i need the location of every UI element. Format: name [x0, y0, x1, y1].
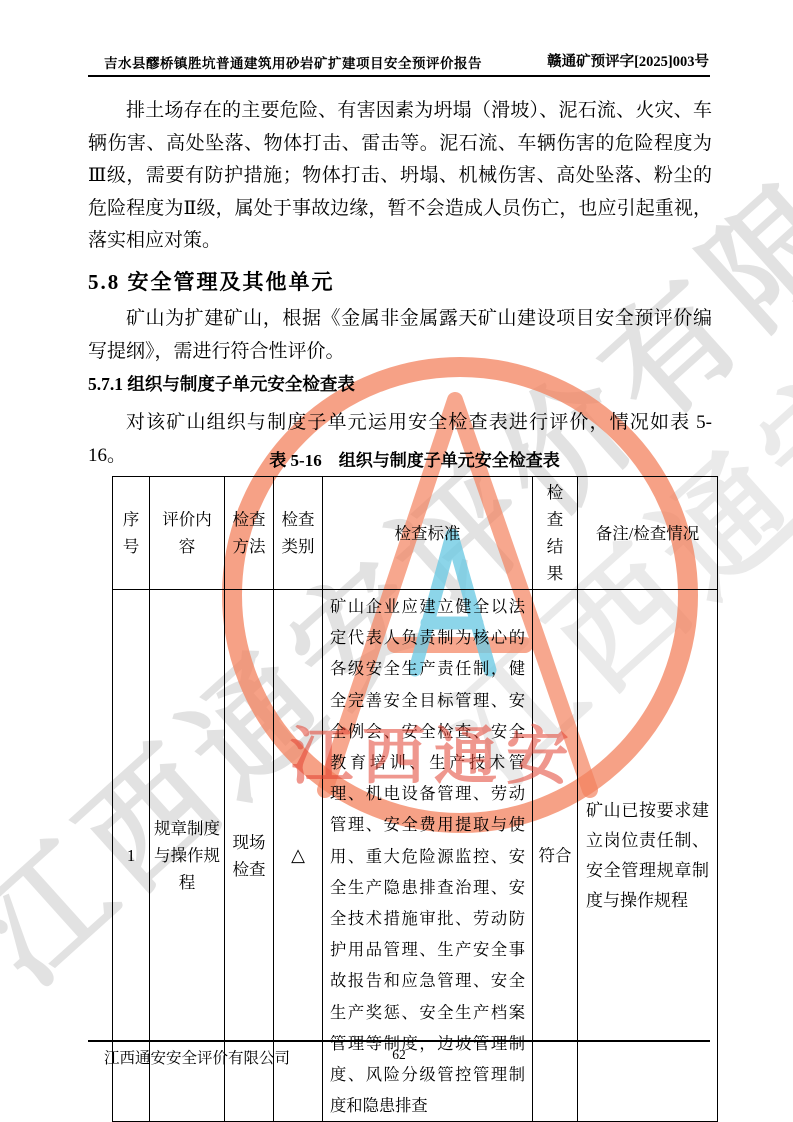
header-rule [88, 75, 710, 77]
header-report-title: 吉水县醪桥镇胜坑普通建筑用砂岩矿扩建项目安全预评价报告 [104, 52, 482, 72]
section-heading-5-8: 5.8 安全管理及其他单元 [88, 266, 335, 296]
cell-method: 现场检查 [225, 590, 274, 1122]
col-header-category: 检查类别 [274, 477, 323, 590]
col-header-note: 备注/检查情况 [578, 477, 718, 590]
col-header-standard: 检查标准 [323, 477, 533, 590]
col-header-seq: 序号 [113, 477, 150, 590]
cell-standard: 矿山企业应建立健全以法定代表人负责制为核心的各级安全生产责任制，健全完善安全目标… [323, 590, 533, 1122]
header-doc-number: 赣通矿预评字[2025]003号 [547, 50, 709, 71]
document-page: 江西通安评价有限公司 江西通安评价有限公司 吉水县醪桥镇胜坑普通建筑用砂岩矿扩建… [0, 0, 793, 1122]
safety-checklist-table: 序号 评价内容 检查方法 检查类别 检查标准 检查结果 备注/检查情况 1 规章… [112, 476, 718, 1122]
cell-seq: 1 [113, 590, 150, 1122]
cell-result: 符合 [533, 590, 578, 1122]
table-header-row: 序号 评价内容 检查方法 检查类别 检查标准 检查结果 备注/检查情况 [113, 477, 718, 590]
col-header-content: 评价内容 [150, 477, 225, 590]
cell-category: △ [274, 590, 323, 1122]
table-row: 1 规章制度与操作规程 现场检查 △ 矿山企业应建立健全以法定代表人负责制为核心… [113, 590, 718, 1122]
section-heading-5-7-1: 5.7.1 组织与制度子单元安全检查表 [88, 371, 355, 396]
cell-content: 规章制度与操作规程 [150, 590, 225, 1122]
paragraph-evaluation-basis: 矿山为扩建矿山，根据《金属非金属露天矿山建设项目安全预评价编写提纲》，需进行符合… [88, 303, 712, 368]
table-caption: 表 5-16 组织与制度子单元安全检查表 [112, 446, 717, 471]
cell-note: 矿山已按要求建立岗位责任制、安全管理规章制度与操作规程 [578, 590, 718, 1122]
col-header-result: 检查结果 [533, 477, 578, 590]
paragraph-hazard-summary: 排土场存在的主要危险、有害因素为坍塌（滑坡）、泥石流、火灾、车辆伤害、高处坠落、… [88, 95, 712, 258]
col-header-method: 检查方法 [225, 477, 274, 590]
